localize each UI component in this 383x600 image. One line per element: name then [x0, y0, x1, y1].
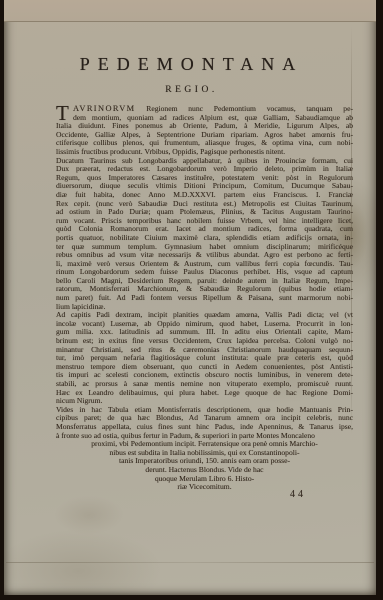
- paragraph-2: Ducatum Taurinus sub Longobardis appella…: [56, 157, 353, 312]
- paragraph-3: Ad capitis Padi dextram, incipit planiti…: [56, 311, 353, 406]
- text-line: riæ Vicecomitum.: [56, 483, 353, 492]
- body-text: T AVRINORVM Regionem nunc Pedemontium vo…: [56, 105, 353, 492]
- page-number: 44: [290, 489, 306, 500]
- page-edge-strip: [4, 0, 376, 22]
- page-title: PEDEMONTANA: [0, 54, 383, 75]
- paragraph-1-lines: dem montium, quoniam ad radices Alpium e…: [56, 114, 353, 157]
- book-photo: PEDEMONTANA REGIO. T AVRINORVM Regionem …: [0, 0, 383, 600]
- drop-cap: T: [56, 105, 71, 121]
- paper-stain: [54, 495, 124, 535]
- opening-caps: AVRINORVM: [73, 104, 136, 113]
- paragraph-4-taper: proximi, vbi Pedemontium incipit. Ferrat…: [56, 440, 353, 492]
- paragraph-1: T AVRINORVM Regionem nunc Pedemontium vo…: [56, 105, 353, 157]
- horizontal-crease: [6, 562, 374, 563]
- first-line-rest: Regionem nunc Pedemontium vocamus, tanqu…: [146, 104, 353, 113]
- page-subtitle: REGIO.: [0, 85, 383, 95]
- paragraph-4: Vides in hac Tabula etiam Montisferratis…: [56, 406, 353, 440]
